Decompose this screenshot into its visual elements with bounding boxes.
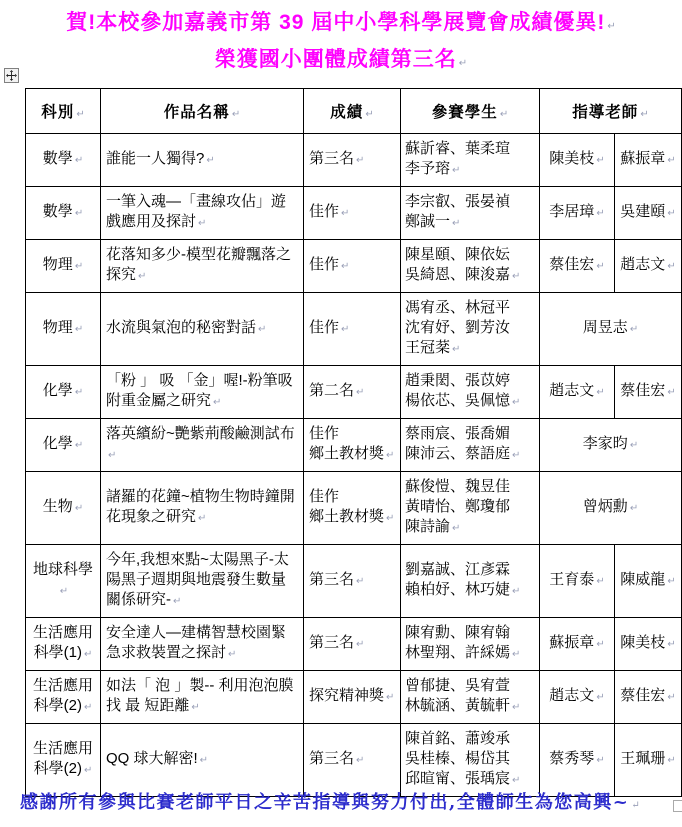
- teacher-cell[interactable]: 蔡秀琴: [540, 724, 615, 797]
- header-work[interactable]: 作品名稱: [101, 89, 304, 134]
- teacher-cell[interactable]: 蔡佳宏: [540, 240, 615, 293]
- title-line-1[interactable]: 賀!本校參加嘉義市第 39 屆中小學科學展覽會成績優異!: [0, 6, 682, 43]
- work-title-cell[interactable]: 水流與氣泡的秘密對話: [101, 293, 304, 366]
- table-row: 物理 水流與氣泡的秘密對話 佳作 馮宥丞、林冠平 沈宥妤、劉芳汝 王冠棻 周昱志: [26, 293, 682, 366]
- subject-cell[interactable]: 化學: [26, 366, 101, 419]
- teacher-cell[interactable]: 李居璋: [540, 187, 615, 240]
- teacher-cell[interactable]: 陳威龍: [615, 545, 682, 618]
- teacher-cell[interactable]: 蔡佳宏: [615, 366, 682, 419]
- award-cell[interactable]: 第三名: [304, 545, 401, 618]
- teacher-cell[interactable]: 陳美枝: [615, 618, 682, 671]
- teacher-cell[interactable]: 趙志文: [540, 366, 615, 419]
- table-row: 化學 「粉 」 吸 「金」喔!-粉筆吸附重金屬之研究 第二名 趙秉閎、張苡婷 楊…: [26, 366, 682, 419]
- teacher-cell[interactable]: 陳美枝: [540, 134, 615, 187]
- work-title-cell[interactable]: 誰能一人獨得?: [101, 134, 304, 187]
- teacher-cell-merged[interactable]: 周昱志: [540, 293, 682, 366]
- subject-cell[interactable]: 地球科學: [26, 545, 101, 618]
- work-title-cell[interactable]: QQ 球大解密!: [101, 724, 304, 797]
- work-title-cell[interactable]: 花落知多少-模型花瓣飄落之探究: [101, 240, 304, 293]
- award-cell[interactable]: 佳作: [304, 240, 401, 293]
- announcement-title: 賀!本校參加嘉義市第 39 屆中小學科學展覽會成績優異! 榮獲國小團體成績第三名: [0, 0, 682, 80]
- table-row: 生活應用科學(2) 如法「 泡 」製-- 利用泡泡膜 找 最 短距離 探究精神獎…: [26, 671, 682, 724]
- teacher-cell[interactable]: 蘇振章: [615, 134, 682, 187]
- table-row: 物理 花落知多少-模型花瓣飄落之探究 佳作 陳星頤、陳依妘 吳綺恩、陳浚嘉 蔡佳…: [26, 240, 682, 293]
- teacher-cell[interactable]: 趙志文: [615, 240, 682, 293]
- work-title-cell[interactable]: 安全達人—建構智慧校園緊急求救裝置之探討: [101, 618, 304, 671]
- work-title-cell[interactable]: 一筆入魂—「畫線攻佔」遊戲應用及探討: [101, 187, 304, 240]
- thanks-footer[interactable]: 感謝所有參與比賽老師平日之辛苦指導與努力付出,全體師生為您高興~: [20, 788, 675, 821]
- students-cell[interactable]: 蘇俊愷、魏昱佳 黃晴怡、鄭瓊郁 陳詩諭: [401, 472, 540, 545]
- award-cell[interactable]: 第二名: [304, 366, 401, 419]
- students-cell[interactable]: 李宗叡、張晏禎 鄭誠一: [401, 187, 540, 240]
- teacher-cell[interactable]: 趙志文: [540, 671, 615, 724]
- work-title-cell[interactable]: 落英繽紛~艷紫荊酸鹼測試布: [101, 419, 304, 472]
- award-cell[interactable]: 佳作: [304, 187, 401, 240]
- work-title-cell[interactable]: 「粉 」 吸 「金」喔!-粉筆吸附重金屬之研究: [101, 366, 304, 419]
- students-cell[interactable]: 趙秉閎、張苡婷 楊依芯、吳佩憶: [401, 366, 540, 419]
- students-cell[interactable]: 陳星頤、陳依妘 吳綺恩、陳浚嘉: [401, 240, 540, 293]
- subject-cell[interactable]: 生活應用科學(2): [26, 671, 101, 724]
- header-students[interactable]: 參賽學生: [401, 89, 540, 134]
- subject-cell[interactable]: 數學: [26, 187, 101, 240]
- title-line-2[interactable]: 榮獲國小團體成績第三名: [0, 43, 682, 80]
- header-teachers[interactable]: 指導老師: [540, 89, 682, 134]
- move-arrows-icon: [6, 70, 17, 81]
- results-table-wrap: 科別 作品名稱 成績 參賽學生 指導老師 數學 誰能一人獨得? 第三名 蘇訢睿、…: [25, 88, 681, 797]
- students-cell[interactable]: 馮宥丞、林冠平 沈宥妤、劉芳汝 王冠棻: [401, 293, 540, 366]
- subject-cell[interactable]: 物理: [26, 293, 101, 366]
- teacher-cell-merged[interactable]: 李家昀: [540, 419, 682, 472]
- award-cell[interactable]: 佳作: [304, 293, 401, 366]
- students-cell[interactable]: 劉嘉誠、江彥霖 賴柏妤、林巧婕: [401, 545, 540, 618]
- subject-cell[interactable]: 生活應用科學(2): [26, 724, 101, 797]
- award-cell[interactable]: 第三名: [304, 134, 401, 187]
- teacher-cell[interactable]: 蔡佳宏: [615, 671, 682, 724]
- subject-cell[interactable]: 生物: [26, 472, 101, 545]
- table-row: 化學 落英繽紛~艷紫荊酸鹼測試布 佳作 鄉土教材獎 蔡雨宸、張喬媚 陳沛云、蔡語…: [26, 419, 682, 472]
- award-cell[interactable]: 佳作 鄉土教材獎: [304, 472, 401, 545]
- table-row: 生活應用科學(1) 安全達人—建構智慧校園緊急求救裝置之探討 第三名 陳宥勳、陳…: [26, 618, 682, 671]
- award-cell[interactable]: 第三名: [304, 724, 401, 797]
- teacher-cell[interactable]: 吳建頤: [615, 187, 682, 240]
- teacher-cell[interactable]: 蘇振章: [540, 618, 615, 671]
- table-row: 生物 諸羅的花鐘~植物生物時鐘開花現象之研究 佳作 鄉土教材獎 蘇俊愷、魏昱佳 …: [26, 472, 682, 545]
- teacher-cell-merged[interactable]: 曾炳勳: [540, 472, 682, 545]
- subject-cell[interactable]: 生活應用科學(1): [26, 618, 101, 671]
- award-cell[interactable]: 探究精神獎: [304, 671, 401, 724]
- work-title-cell[interactable]: 今年,我想來點~太陽黑子-太陽黑子週期與地震發生數量關係研究-: [101, 545, 304, 618]
- students-cell[interactable]: 蘇訢睿、葉柔瑄 李予瑢: [401, 134, 540, 187]
- subject-cell[interactable]: 數學: [26, 134, 101, 187]
- work-title-cell[interactable]: 如法「 泡 」製-- 利用泡泡膜 找 最 短距離: [101, 671, 304, 724]
- table-row: 生活應用科學(2) QQ 球大解密! 第三名 陳首銘、蕭竣承 吳桂榛、楊岱其 邱…: [26, 724, 682, 797]
- students-cell[interactable]: 曾郁捷、吳宥萱 林毓涵、黃毓軒: [401, 671, 540, 724]
- teacher-cell[interactable]: 王育泰: [540, 545, 615, 618]
- table-row: 地球科學 今年,我想來點~太陽黑子-太陽黑子週期與地震發生數量關係研究- 第三名…: [26, 545, 682, 618]
- students-cell[interactable]: 蔡雨宸、張喬媚 陳沛云、蔡語庭: [401, 419, 540, 472]
- award-cell[interactable]: 第三名: [304, 618, 401, 671]
- header-row: 科別 作品名稱 成績 參賽學生 指導老師: [26, 89, 682, 134]
- students-cell[interactable]: 陳宥勳、陳宥翰 林聖翔、許綵嫣: [401, 618, 540, 671]
- subject-cell[interactable]: 化學: [26, 419, 101, 472]
- award-cell[interactable]: 佳作 鄉土教材獎: [304, 419, 401, 472]
- table-row: 數學 一筆入魂—「畫線攻佔」遊戲應用及探討 佳作 李宗叡、張晏禎 鄭誠一 李居璋…: [26, 187, 682, 240]
- table-row: 數學 誰能一人獨得? 第三名 蘇訢睿、葉柔瑄 李予瑢 陳美枝 蘇振章: [26, 134, 682, 187]
- table-move-handle[interactable]: [4, 68, 19, 83]
- students-cell[interactable]: 陳首銘、蕭竣承 吳桂榛、楊岱其 邱暄甯、張瑀宸: [401, 724, 540, 797]
- subject-cell[interactable]: 物理: [26, 240, 101, 293]
- results-table: 科別 作品名稱 成績 參賽學生 指導老師 數學 誰能一人獨得? 第三名 蘇訢睿、…: [25, 88, 682, 797]
- teacher-cell[interactable]: 王珮珊: [615, 724, 682, 797]
- header-award[interactable]: 成績: [304, 89, 401, 134]
- header-subject[interactable]: 科別: [26, 89, 101, 134]
- work-title-cell[interactable]: 諸羅的花鐘~植物生物時鐘開花現象之研究: [101, 472, 304, 545]
